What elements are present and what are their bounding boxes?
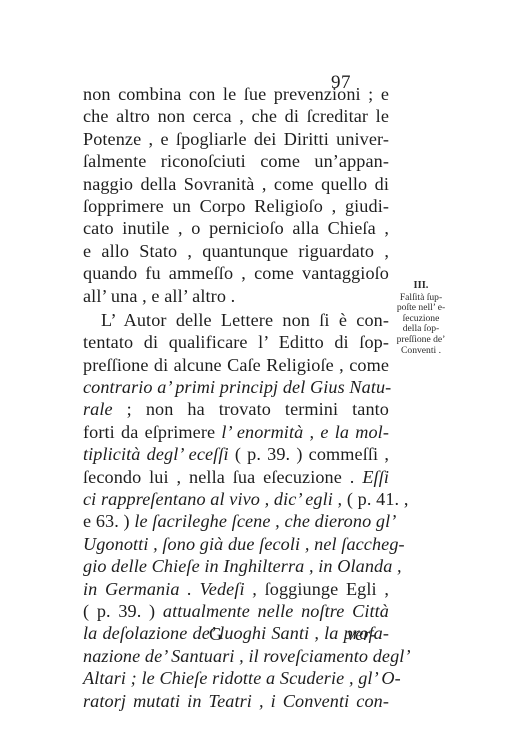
catchword: ver-	[347, 623, 376, 645]
roman-text: forti da eſprimere	[83, 422, 221, 442]
italic-text: l’ enormità , e la mol-	[221, 422, 389, 442]
text-line-italic: gio delle Chieſe in Inghilterra , in Ola…	[83, 555, 389, 577]
italic-text: in Germania . Vedeſi ,	[83, 579, 257, 599]
text-line: ſecondo lui , nella ſua eſecuzione . Eſſ…	[83, 466, 389, 488]
text-line: ſalmente riconoſciuti come un’appan-	[83, 150, 389, 172]
text-line: preſſione di alcune Caſe Religioſe , com…	[83, 354, 389, 376]
text-line: ci rappreſentano al vivo , dic’ egli , (…	[83, 488, 389, 510]
text-line: in Germania . Vedeſi , ſoggiunge Egli ,	[83, 578, 389, 600]
text-line-italic: ratorj mutati in Teatri , i Conventi con…	[83, 690, 389, 712]
text-line: Potenze , e ſpogliarle dei Diritti unive…	[83, 128, 389, 150]
text-line: naggio della Sovranità , come quello di	[83, 173, 389, 195]
italic-text: attualmente nelle noſtre Città	[163, 601, 389, 621]
page-footer: G ver-	[83, 623, 389, 645]
body-text: non combina con le ſue prevenzioni ; e c…	[83, 83, 389, 712]
text-line: che altro non cerca , che di ſcreditar l…	[83, 105, 389, 127]
roman-text: ; non ha trovato termini tanto	[113, 399, 389, 419]
marginal-note-line: Conventi .	[390, 346, 452, 357]
signature-mark: G	[209, 623, 222, 645]
italic-text: Eſſi	[362, 467, 389, 487]
book-page: 97 non combina con le ſue prevenzioni ; …	[0, 0, 512, 750]
roman-text: ſoggiunge Egli ,	[257, 579, 389, 599]
text-line: tentato di qualificare l’ Editto di ſop-	[83, 331, 389, 353]
text-line: ( p. 39. ) attualmente nelle noſtre Citt…	[83, 600, 389, 622]
italic-text: le ſacrileghe ſcene , che dierono gl’	[134, 511, 396, 531]
text-line: ſopprimere un Corpo Religioſo , giudi-	[83, 195, 389, 217]
text-line: rale ; non ha trovato termini tanto	[83, 398, 389, 420]
roman-text: ſecondo lui , nella ſua eſecuzione .	[83, 467, 362, 487]
text-line: non combina con le ſue prevenzioni ; e	[83, 83, 389, 105]
italic-text: tiplicità degl’ eceſſi	[83, 444, 229, 464]
text-line-italic: nazione de’ Santuari , il roveſciamento …	[83, 645, 389, 667]
text-line-italic: Altari ; le Chieſe ridotte a Scuderie , …	[83, 667, 389, 689]
italic-text: ci rappreſentano al vivo , dic’ egli ,	[83, 489, 342, 509]
marginal-note-line: preſſione de’	[390, 335, 452, 346]
roman-text: ( p. 39. )	[83, 601, 163, 621]
text-line: cato inutile , o pernicioſo alla Chieſa …	[83, 217, 389, 239]
roman-text: ( p. 39. ) commeſſi ,	[229, 444, 389, 464]
roman-text: ( p. 41. ,	[342, 489, 408, 509]
marginal-note: III. Falſità ſup- poſte nell’ e- ſecuzio…	[390, 281, 452, 356]
text-line: forti da eſprimere l’ enormità , e la mo…	[83, 421, 389, 443]
italic-text: rale	[83, 399, 113, 419]
text-line-italic: Ugonotti , ſono già due ſecoli , nel ſac…	[83, 533, 389, 555]
text-line: tiplicità degl’ eceſſi ( p. 39. ) commeſ…	[83, 443, 389, 465]
text-line: e 63. ) le ſacrileghe ſcene , che dieron…	[83, 510, 389, 532]
roman-text: e 63. )	[83, 511, 134, 531]
text-line: e allo Stato , quantunque riguardato ,	[83, 240, 389, 262]
text-line: all’ una , e all’ altro .	[83, 285, 389, 307]
text-line-italic: contrario a’ primi principj del Gius Nat…	[83, 376, 389, 398]
paragraph-start-line: L’ Autor delle Lettere non ſi è con-	[83, 309, 389, 331]
marginal-note-numeral: III.	[390, 281, 452, 292]
text-line: quando fu ammeſſo , come vantaggioſo	[83, 262, 389, 284]
